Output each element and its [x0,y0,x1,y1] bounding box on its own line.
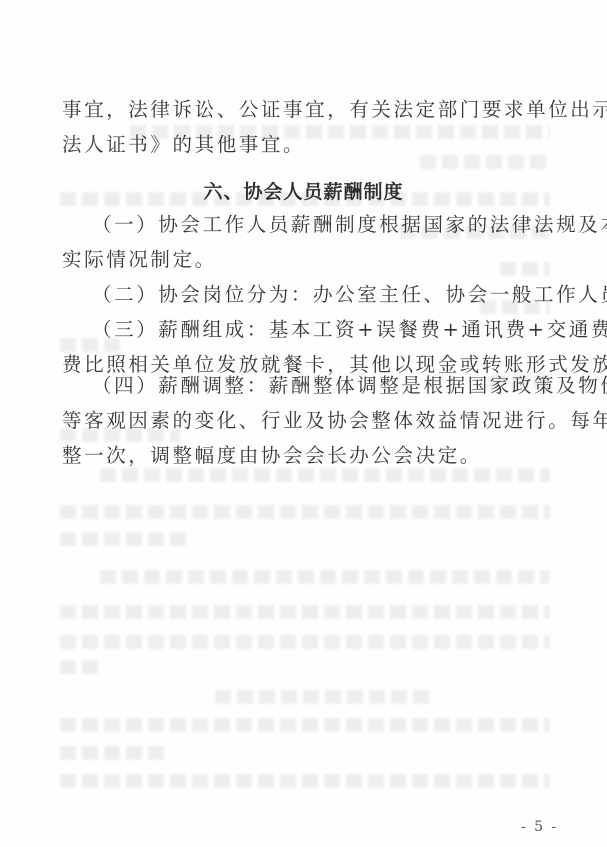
bleed-through-line [60,532,190,546]
bleed-through-line [60,605,550,619]
text-line: 法人证书》的其他事宜。 [62,133,305,157]
bleed-through-line [60,660,100,674]
page-number: - 5 - [521,819,558,835]
bleed-through-line [60,718,550,732]
bleed-through-line [420,155,550,169]
bleed-through-line [60,774,550,788]
paragraph-2-line: （二）协会岗位分为：办公室主任、协会一般工作人员。 [92,283,607,307]
bleed-through-line [215,690,435,704]
paragraph-1-line: 实际情况制定。 [62,248,217,272]
paragraph-4-line: 整一次，调整幅度由协会会长办公会决定。 [62,444,482,468]
document-page: 事宜，法律诉讼、公证事宜，有关法定部门要求单位出示《单位 法人证书》的其他事宜。… [0,0,607,847]
bleed-through-line [500,262,550,276]
section-heading: 六、协会人员薪酬制度 [0,177,607,204]
paragraph-3-line: （三）薪酬组成：基本工资+误餐费+通讯费+交通费。误餐 [92,318,607,342]
bleed-through-line [60,635,550,649]
text-line: 事宜，法律诉讼、公证事宜，有关法定部门要求单位出示《单位 [62,98,607,122]
paragraph-4-line: 等客观因素的变化、行业及协会整体效益情况进行。每年最多调 [62,409,607,433]
bleed-through-line [60,746,170,760]
bleed-through-line [60,505,550,519]
paragraph-1-line: （一）协会工作人员薪酬制度根据国家的法律法规及本协会 [92,213,607,237]
bleed-through-line [100,570,550,584]
paragraph-4-line: （四）薪酬调整：薪酬整体调整是根据国家政策及物价水平 [92,374,607,398]
bleed-through-line [100,468,550,482]
